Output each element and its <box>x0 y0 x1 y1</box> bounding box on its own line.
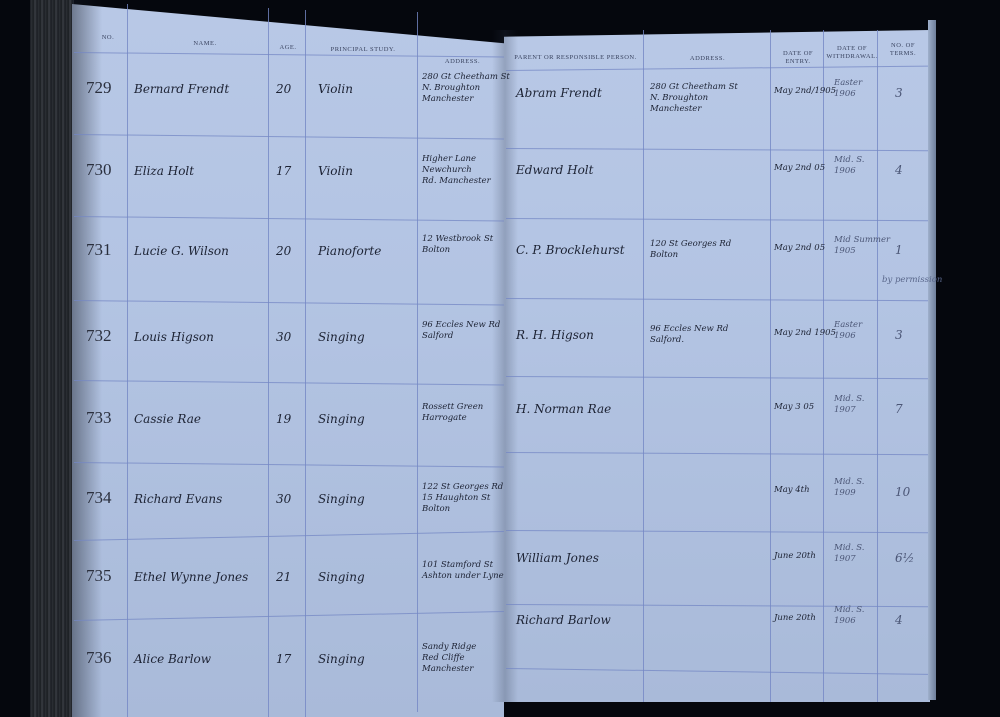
date-of-withdrawal: Mid. S. 1906 <box>834 155 865 177</box>
register-book: No. Name. Age. Principal Study. Address.… <box>0 0 1000 717</box>
entry-number: 730 <box>86 160 112 180</box>
book-page-edges <box>30 0 74 717</box>
entry-number: 731 <box>86 240 112 260</box>
parent-address: 280 Gt Cheetham St N. Broughton Manchest… <box>650 82 738 115</box>
student-name: Eliza Holt <box>134 164 194 178</box>
date-of-withdrawal: Mid. S. 1907 <box>834 394 865 416</box>
header-no: No. <box>88 34 128 42</box>
parent-address: 96 Eccles New Rd Salford. <box>650 324 728 346</box>
parent-name: Edward Holt <box>516 163 593 177</box>
date-of-entry: June 20th <box>774 613 816 624</box>
date-of-withdrawal: Mid. S. 1909 <box>834 477 865 499</box>
date-of-entry: May 4th <box>774 485 810 496</box>
principal-study: Violin <box>318 82 353 96</box>
parent-name: R. H. Higson <box>516 328 594 342</box>
rule-line <box>823 30 824 702</box>
header-parent: Parent or Responsible Person. <box>508 54 643 62</box>
rule-line <box>877 30 878 702</box>
date-of-withdrawal: Mid. S. 1907 <box>834 543 865 565</box>
student-name: Richard Evans <box>134 492 222 506</box>
entry-number: 732 <box>86 326 112 346</box>
parent-name: Abram Frendt <box>516 86 602 100</box>
student-address: Rossett Green Harrogate <box>422 402 483 424</box>
date-of-withdrawal: Easter 1906 <box>834 320 862 342</box>
student-address: 12 Westbrook St Bolton <box>422 234 493 256</box>
principal-study: Pianoforte <box>318 244 381 258</box>
student-age: 30 <box>276 492 291 506</box>
principal-study: Singing <box>318 652 365 666</box>
date-of-withdrawal: Easter 1906 <box>834 78 862 100</box>
right-page-edge <box>928 20 936 700</box>
rule-line <box>268 8 269 717</box>
principal-study: Singing <box>318 570 365 584</box>
book-gutter <box>492 30 518 702</box>
student-name: Lucie G. Wilson <box>134 244 229 258</box>
entry-number: 734 <box>86 488 112 508</box>
rule-line <box>127 4 128 717</box>
student-age: 17 <box>276 164 291 178</box>
date-of-entry: June 20th <box>774 551 816 562</box>
entry-number: 733 <box>86 408 112 428</box>
parent-name: William Jones <box>516 551 599 565</box>
principal-study: Singing <box>318 412 365 426</box>
entry-number: 729 <box>86 78 112 98</box>
student-age: 19 <box>276 412 291 426</box>
number-of-terms: 1 <box>895 243 903 257</box>
number-of-terms: 6½ <box>895 551 914 565</box>
parent-name: Richard Barlow <box>516 613 611 627</box>
parent-name: C. P. Brocklehurst <box>516 243 625 257</box>
student-address: 122 St Georges Rd 15 Haughton St Bolton <box>422 482 503 515</box>
number-of-terms: 10 <box>895 485 910 499</box>
date-of-entry: May 3 05 <box>774 402 814 413</box>
date-of-entry: May 2nd/1905 <box>774 86 836 97</box>
student-name: Louis Higson <box>134 330 214 344</box>
student-age: 30 <box>276 330 291 344</box>
number-of-terms: 4 <box>895 613 903 627</box>
student-name: Cassie Rae <box>134 412 201 426</box>
number-of-terms: 4 <box>895 163 903 177</box>
student-age: 17 <box>276 652 291 666</box>
student-name: Bernard Frendt <box>134 82 229 96</box>
date-of-withdrawal: Mid. S. 1906 <box>834 605 865 627</box>
student-address: Sandy Ridge Red Cliffe Manchester <box>422 642 476 675</box>
header-name: Name. <box>150 40 260 48</box>
principal-study: Violin <box>318 164 353 178</box>
rule-line <box>770 30 771 702</box>
date-of-entry: May 2nd 1905 <box>774 328 836 339</box>
right-page <box>504 30 930 702</box>
entry-number: 735 <box>86 566 112 586</box>
header-age: Age. <box>270 44 306 52</box>
parent-name: H. Norman Rae <box>516 402 611 416</box>
student-address: 96 Eccles New Rd Salford <box>422 320 500 342</box>
withdrawal-note: by permission <box>882 275 942 286</box>
date-of-entry: May 2nd 05 <box>774 243 825 254</box>
header-parent-address: Address. <box>645 55 770 63</box>
rule-line <box>643 30 644 702</box>
header-date-of-entry: Date of Entry. <box>775 50 821 66</box>
principal-study: Singing <box>318 330 365 344</box>
principal-study: Singing <box>318 492 365 506</box>
student-address: Higher Lane Newchurch Rd. Manchester <box>422 154 491 187</box>
date-of-withdrawal: Mid Summer 1905 <box>834 235 890 257</box>
student-age: 21 <box>276 570 291 584</box>
student-age: 20 <box>276 82 291 96</box>
number-of-terms: 7 <box>895 402 903 416</box>
student-name: Ethel Wynne Jones <box>134 570 248 584</box>
entry-number: 736 <box>86 648 112 668</box>
rule-line <box>305 10 306 717</box>
date-of-entry: May 2nd 05 <box>774 163 825 174</box>
header-no-of-terms: No. of Terms. <box>880 42 926 58</box>
parent-address: 120 St Georges Rd Bolton <box>650 239 731 261</box>
student-address: 280 Gt Cheetham St N. Broughton Manchest… <box>422 72 510 105</box>
header-date-of-withdrawal: Date of Withdrawal. <box>826 45 878 61</box>
number-of-terms: 3 <box>895 86 903 100</box>
student-address: 101 Stamford St Ashton under Lyne <box>422 560 504 582</box>
left-page <box>72 4 504 717</box>
number-of-terms: 3 <box>895 328 903 342</box>
student-name: Alice Barlow <box>134 652 211 666</box>
rule-line <box>417 12 418 712</box>
student-age: 20 <box>276 244 291 258</box>
header-address: Address. <box>420 58 505 66</box>
page-shadow <box>72 0 102 717</box>
header-principal-study: Principal Study. <box>308 46 418 54</box>
